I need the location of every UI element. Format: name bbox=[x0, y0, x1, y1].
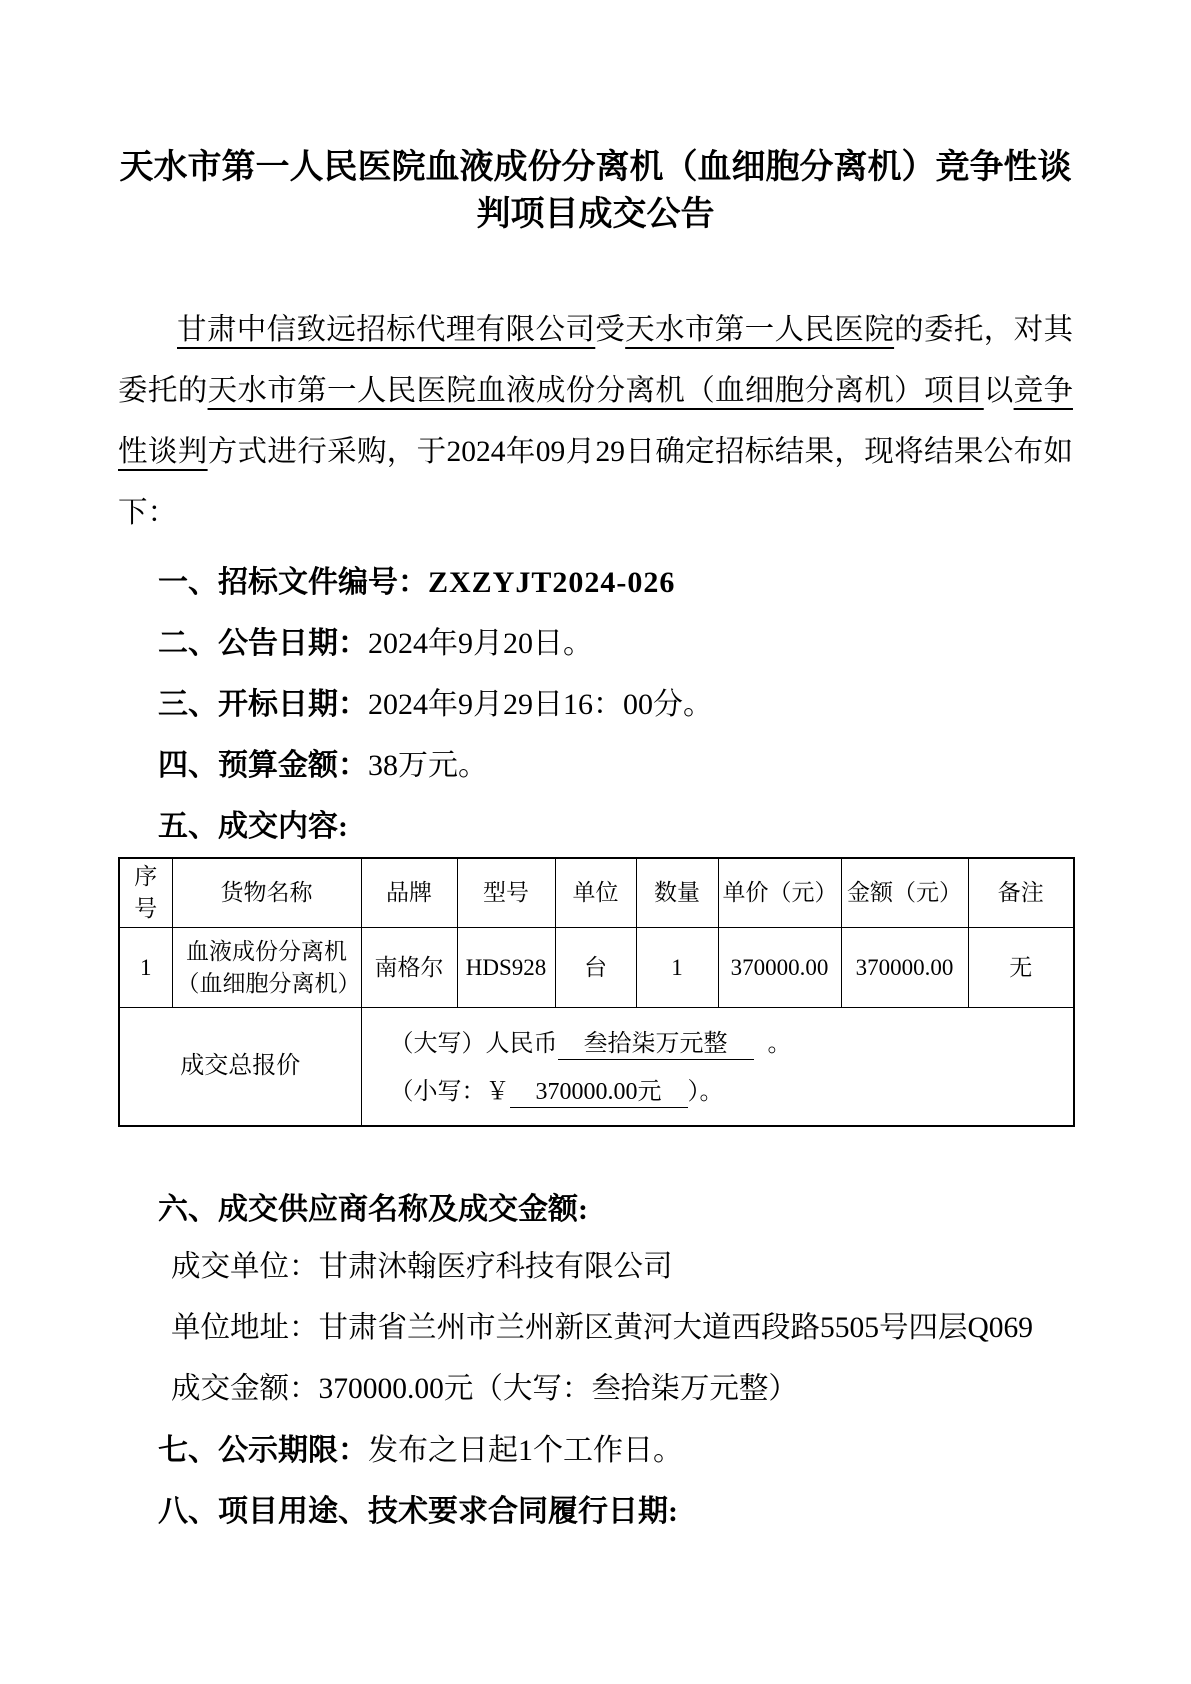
item-2-announce-date: 二、公告日期：2024年9月20日。 bbox=[118, 613, 1073, 674]
intro-segment-project: 天水市第一人民医院血液成份分离机（血细胞分离机）项目 bbox=[208, 375, 984, 407]
section-6-body: 成交单位：甘肃沐翰医疗科技有限公司 单位地址：甘肃省兰州市兰州新区黄河大道西段路… bbox=[118, 1237, 1073, 1420]
section-8-heading: 八、项目用途、技术要求合同履行日期: bbox=[118, 1481, 1073, 1542]
header-cell-goods: 货物名称 bbox=[172, 858, 361, 928]
item-5-deal-content-heading: 五、成交内容: bbox=[118, 796, 1073, 857]
table-total-row: 成交总报价 （大写）人民币叁拾柒万元整。 （小写：￥370000.00元）。 bbox=[119, 1008, 1074, 1126]
supplier-address-line: 单位地址：甘肃省兰州市兰州新区黄河大道西段路5505号四层Q069 bbox=[118, 1298, 1073, 1359]
cell-amount: 370000.00 bbox=[841, 928, 968, 1008]
intro-segment: 方式进行采购，于2024年09月29日确定招标结果，现将结果公布如下： bbox=[118, 436, 1073, 529]
deal-table: 序号 货物名称 品牌 型号 单位 数量 单价（元） 金额（元） 备注 1 血液成… bbox=[118, 857, 1075, 1127]
total-uppercase-line: （大写）人民币叁拾柒万元整。 bbox=[390, 1020, 1074, 1068]
total-lowercase-line: （小写：￥370000.00元）。 bbox=[390, 1068, 1074, 1116]
cell-no: 1 bbox=[119, 928, 172, 1008]
item-4-value: 38万元。 bbox=[368, 749, 488, 782]
deal-amount-line: 成交金额：370000.00元（大写：叁拾柒万元整） bbox=[118, 1359, 1073, 1420]
header-cell-unit-price: 单价（元） bbox=[718, 858, 841, 928]
header-cell-model: 型号 bbox=[457, 858, 555, 928]
intro-paragraph: 甘肃中信致远招标代理有限公司受天水市第一人民医院的委托，对其委托的天水市第一人民… bbox=[118, 300, 1073, 544]
total-line1-value: 叁拾柒万元整 bbox=[558, 1029, 754, 1060]
page-title: 天水市第一人民医院血液成份分离机（血细胞分离机）竞争性谈判项目成交公告 bbox=[118, 144, 1073, 238]
total-line2-value: 370000.00元 bbox=[510, 1077, 688, 1108]
table-data-row: 1 血液成份分离机（血细胞分离机） 南格尔 HDS928 台 1 370000.… bbox=[119, 928, 1074, 1008]
cell-brand: 南格尔 bbox=[361, 928, 457, 1008]
item-5-label: 五、成交内容: bbox=[158, 810, 348, 843]
cell-goods: 血液成份分离机（血细胞分离机） bbox=[172, 928, 361, 1008]
item-7-value: 发布之日起1个工作日。 bbox=[368, 1434, 683, 1467]
cell-unit: 台 bbox=[555, 928, 636, 1008]
header-cell-remark: 备注 bbox=[968, 858, 1074, 928]
document-page: 天水市第一人民医院血液成份分离机（血细胞分离机）竞争性谈判项目成交公告 甘肃中信… bbox=[0, 0, 1191, 1684]
item-3-open-date: 三、开标日期：2024年9月29日16：00分。 bbox=[118, 674, 1073, 735]
header-cell-no: 序号 bbox=[119, 858, 172, 928]
cell-remark: 无 bbox=[968, 928, 1074, 1008]
intro-segment: 受 bbox=[595, 314, 625, 346]
header-cell-qty: 数量 bbox=[636, 858, 718, 928]
item-7-label: 七、公示期限： bbox=[158, 1434, 368, 1467]
intro-segment: 以 bbox=[984, 375, 1014, 407]
item-2-label: 二、公告日期： bbox=[158, 627, 368, 660]
cell-qty: 1 bbox=[636, 928, 718, 1008]
total-line2-prefix: （小写：￥ bbox=[390, 1079, 510, 1105]
supplier-name-line: 成交单位：甘肃沐翰医疗科技有限公司 bbox=[118, 1237, 1073, 1298]
numbered-items: 一、招标文件编号：ZXZYJT2024-026 二、公告日期：2024年9月20… bbox=[118, 552, 1073, 857]
intro-segment-agency: 甘肃中信致远招标代理有限公司 bbox=[177, 314, 595, 346]
total-line2-suffix: ）。 bbox=[688, 1079, 724, 1105]
item-3-label: 三、开标日期： bbox=[158, 688, 368, 721]
item-1-doc-number: 一、招标文件编号：ZXZYJT2024-026 bbox=[118, 552, 1073, 613]
header-cell-unit: 单位 bbox=[555, 858, 636, 928]
table-header-row: 序号 货物名称 品牌 型号 单位 数量 单价（元） 金额（元） 备注 bbox=[119, 858, 1074, 928]
section-6-heading: 六、成交供应商名称及成交金额: bbox=[118, 1195, 1073, 1225]
item-2-value: 2024年9月20日。 bbox=[368, 627, 593, 660]
item-7-publicity-period: 七、公示期限：发布之日起1个工作日。 bbox=[118, 1420, 1073, 1481]
total-label-cell: 成交总报价 bbox=[119, 1008, 361, 1126]
item-4-label: 四、预算金额： bbox=[158, 749, 368, 782]
item-4-budget: 四、预算金额：38万元。 bbox=[118, 735, 1073, 796]
total-line1-suffix: 。 bbox=[768, 1031, 792, 1057]
total-value-cell: （大写）人民币叁拾柒万元整。 （小写：￥370000.00元）。 bbox=[361, 1008, 1074, 1126]
item-1-label: 一、招标文件编号： bbox=[158, 566, 428, 599]
item-1-value: ZXZYJT2024-026 bbox=[428, 566, 675, 599]
item-3-value: 2024年9月29日16：00分。 bbox=[368, 688, 713, 721]
header-cell-brand: 品牌 bbox=[361, 858, 457, 928]
total-line1-prefix: （大写）人民币 bbox=[390, 1031, 558, 1057]
cell-model: HDS928 bbox=[457, 928, 555, 1008]
intro-segment-hospital: 天水市第一人民医院 bbox=[625, 314, 894, 346]
header-cell-amount: 金额（元） bbox=[841, 858, 968, 928]
cell-unit-price: 370000.00 bbox=[718, 928, 841, 1008]
